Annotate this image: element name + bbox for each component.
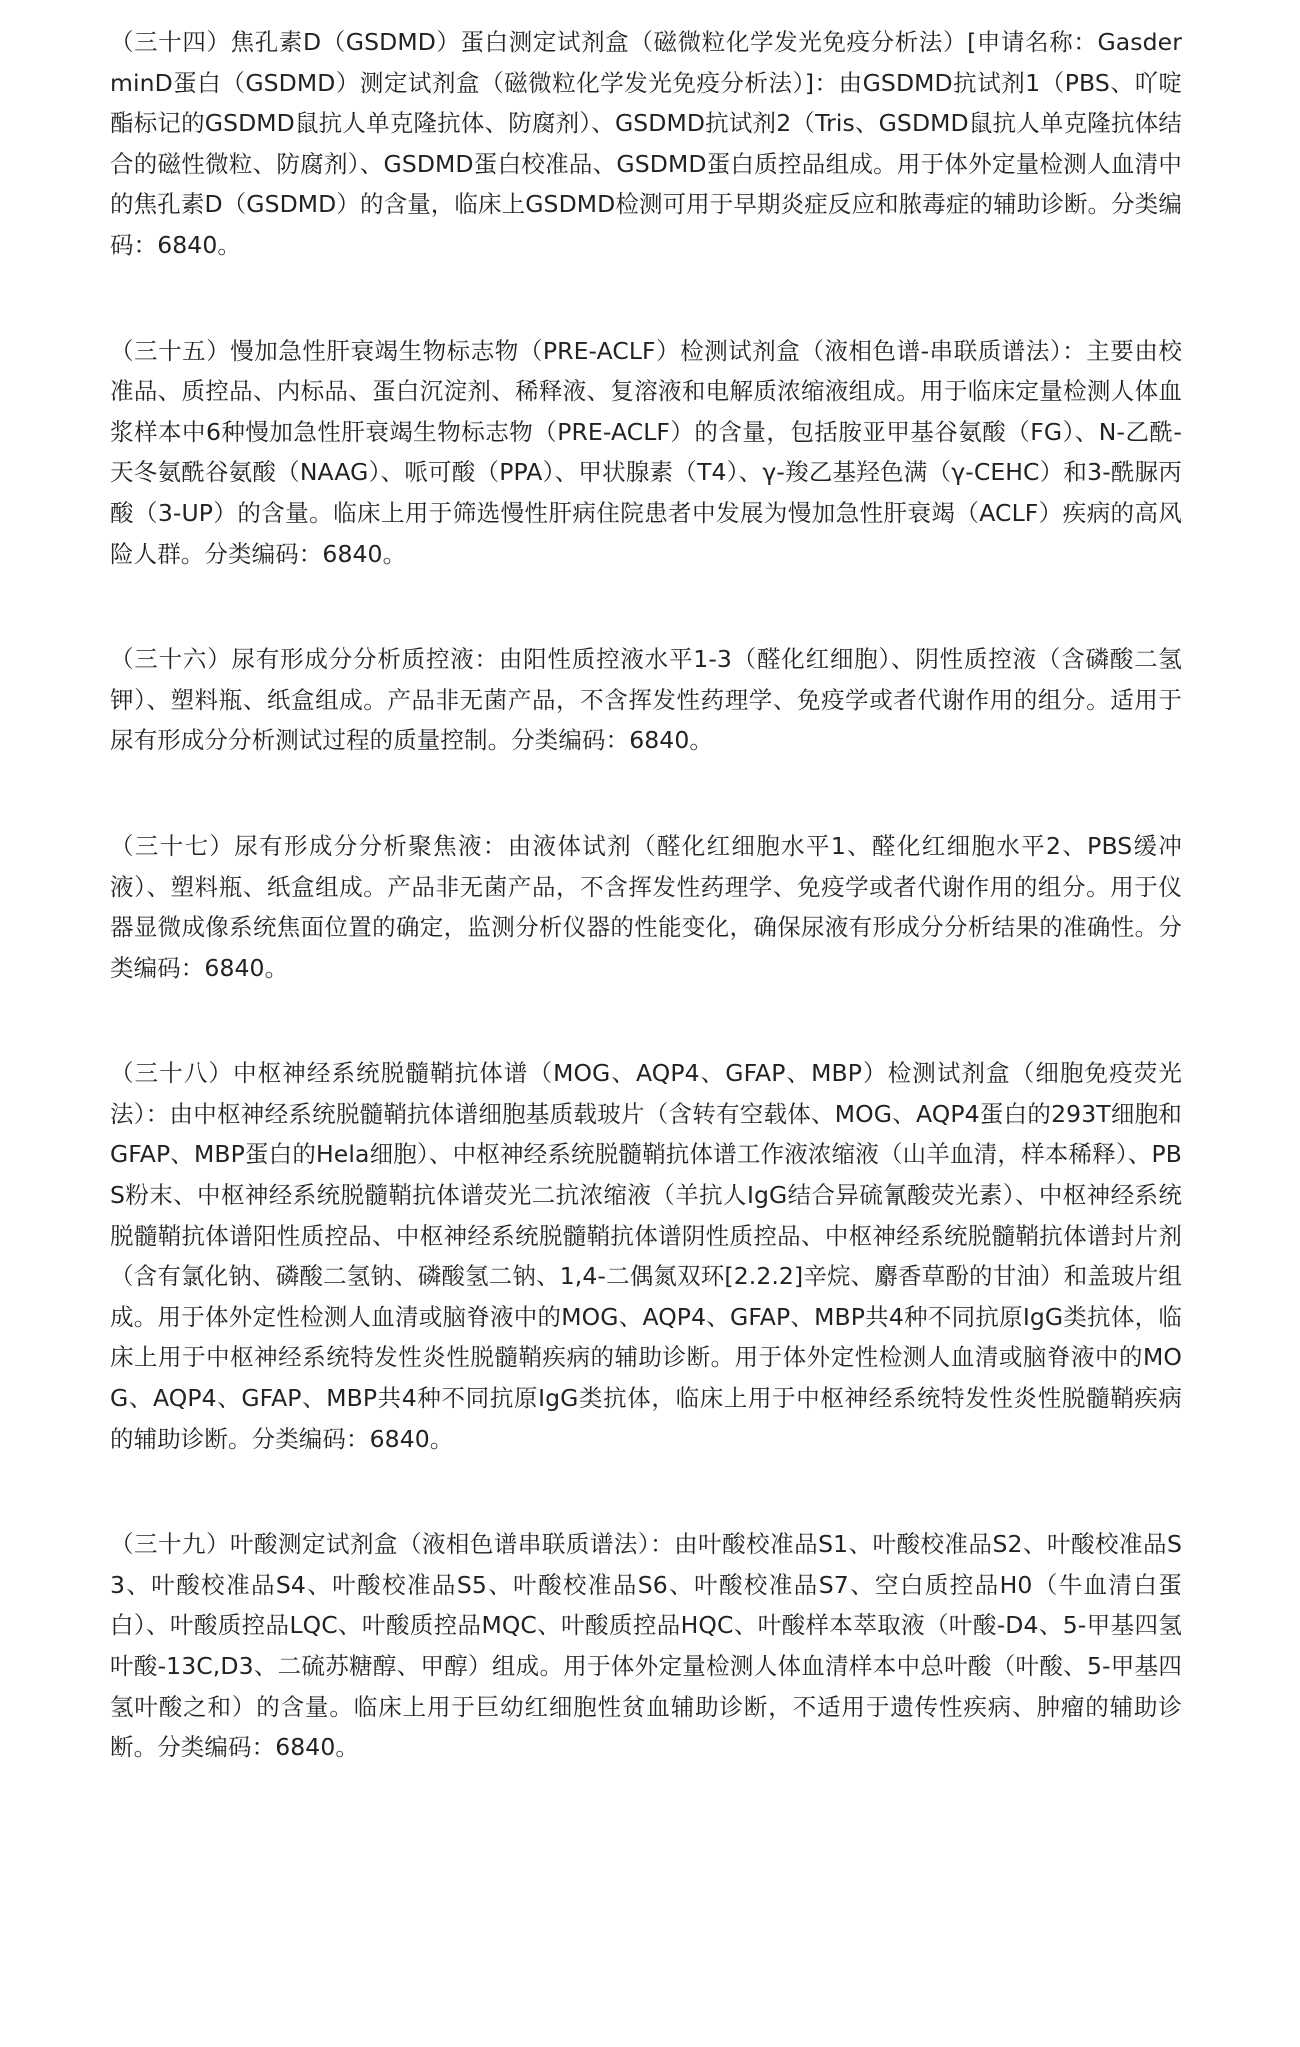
paragraph-item-36: （三十六）尿有形成分分析质控液：由阳性质控液水平1-3（醛化红细胞）、阴性质控液… [110, 639, 1182, 761]
paragraph-item-34: （三十四）焦孔素D（GSDMD）蛋白测定试剂盒（磁微粒化学发光免疫分析法）[申请… [110, 22, 1182, 266]
paragraph-item-39: （三十九）叶酸测定试剂盒（液相色谱串联质谱法）：由叶酸校准品S1、叶酸校准品S2… [110, 1524, 1182, 1768]
paragraph-item-37: （三十七）尿有形成分分析聚焦液：由液体试剂（醛化红细胞水平1、醛化红细胞水平2、… [110, 826, 1182, 988]
paragraph-item-38: （三十八）中枢神经系统脱髓鞘抗体谱（MOG、AQP4、GFAP、MBP）检测试剂… [110, 1053, 1182, 1459]
paragraph-item-35: （三十五）慢加急性肝衰竭生物标志物（PRE-ACLF）检测试剂盒（液相色谱-串联… [110, 331, 1182, 575]
document-body: （三十四）焦孔素D（GSDMD）蛋白测定试剂盒（磁微粒化学发光免疫分析法）[申请… [0, 0, 1300, 1768]
